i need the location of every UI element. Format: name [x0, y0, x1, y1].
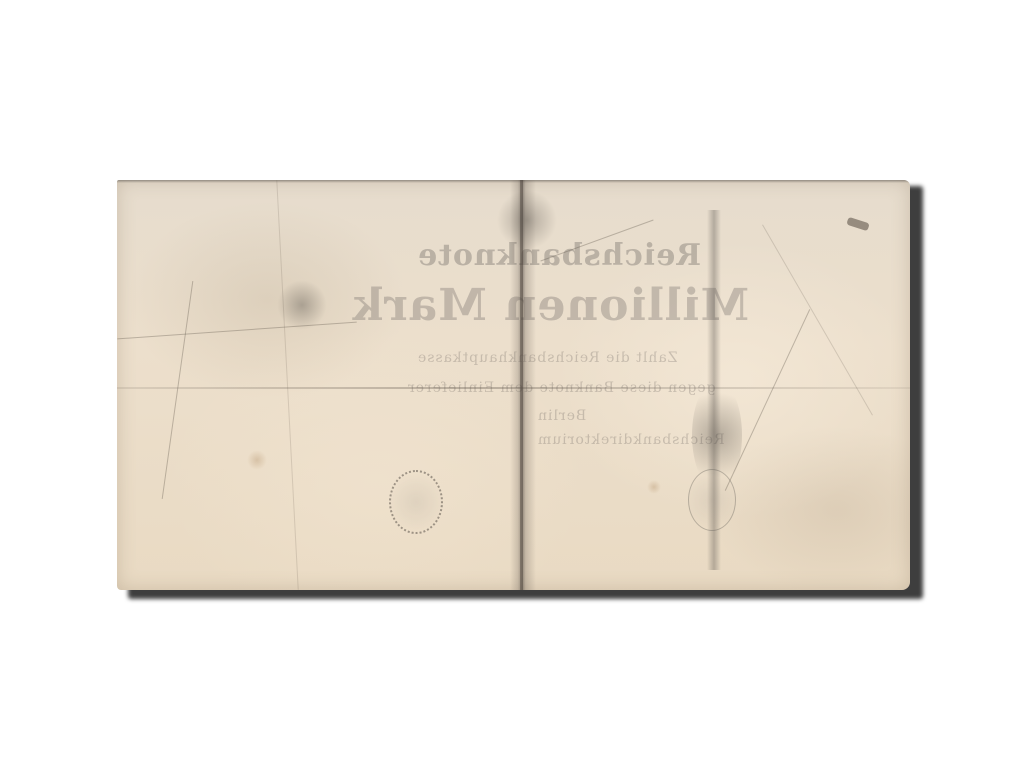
- bleed-through-title: Reichsbanknote: [417, 238, 701, 273]
- photo-stage: Reichsbanknote Millionen Mark Zahlt die …: [0, 0, 1024, 768]
- crease: [162, 281, 194, 499]
- stain: [647, 480, 661, 494]
- crease: [117, 322, 356, 340]
- smudge: [497, 190, 557, 250]
- smudge: [277, 280, 327, 330]
- stain: [247, 450, 267, 470]
- corner-tear-mark: [846, 217, 869, 231]
- horizontal-crease: [117, 387, 910, 389]
- bleed-through-line: Berlin: [537, 408, 586, 424]
- left-seal: [389, 470, 443, 534]
- crease: [276, 180, 298, 589]
- bleed-through-line: Zahlt die Reichsbankhauptkasse: [417, 350, 677, 366]
- right-seal: [688, 469, 736, 531]
- banknote-reverse: Reichsbanknote Millionen Mark Zahlt die …: [117, 180, 910, 590]
- bleed-through-value: Millionen Mark: [352, 280, 749, 331]
